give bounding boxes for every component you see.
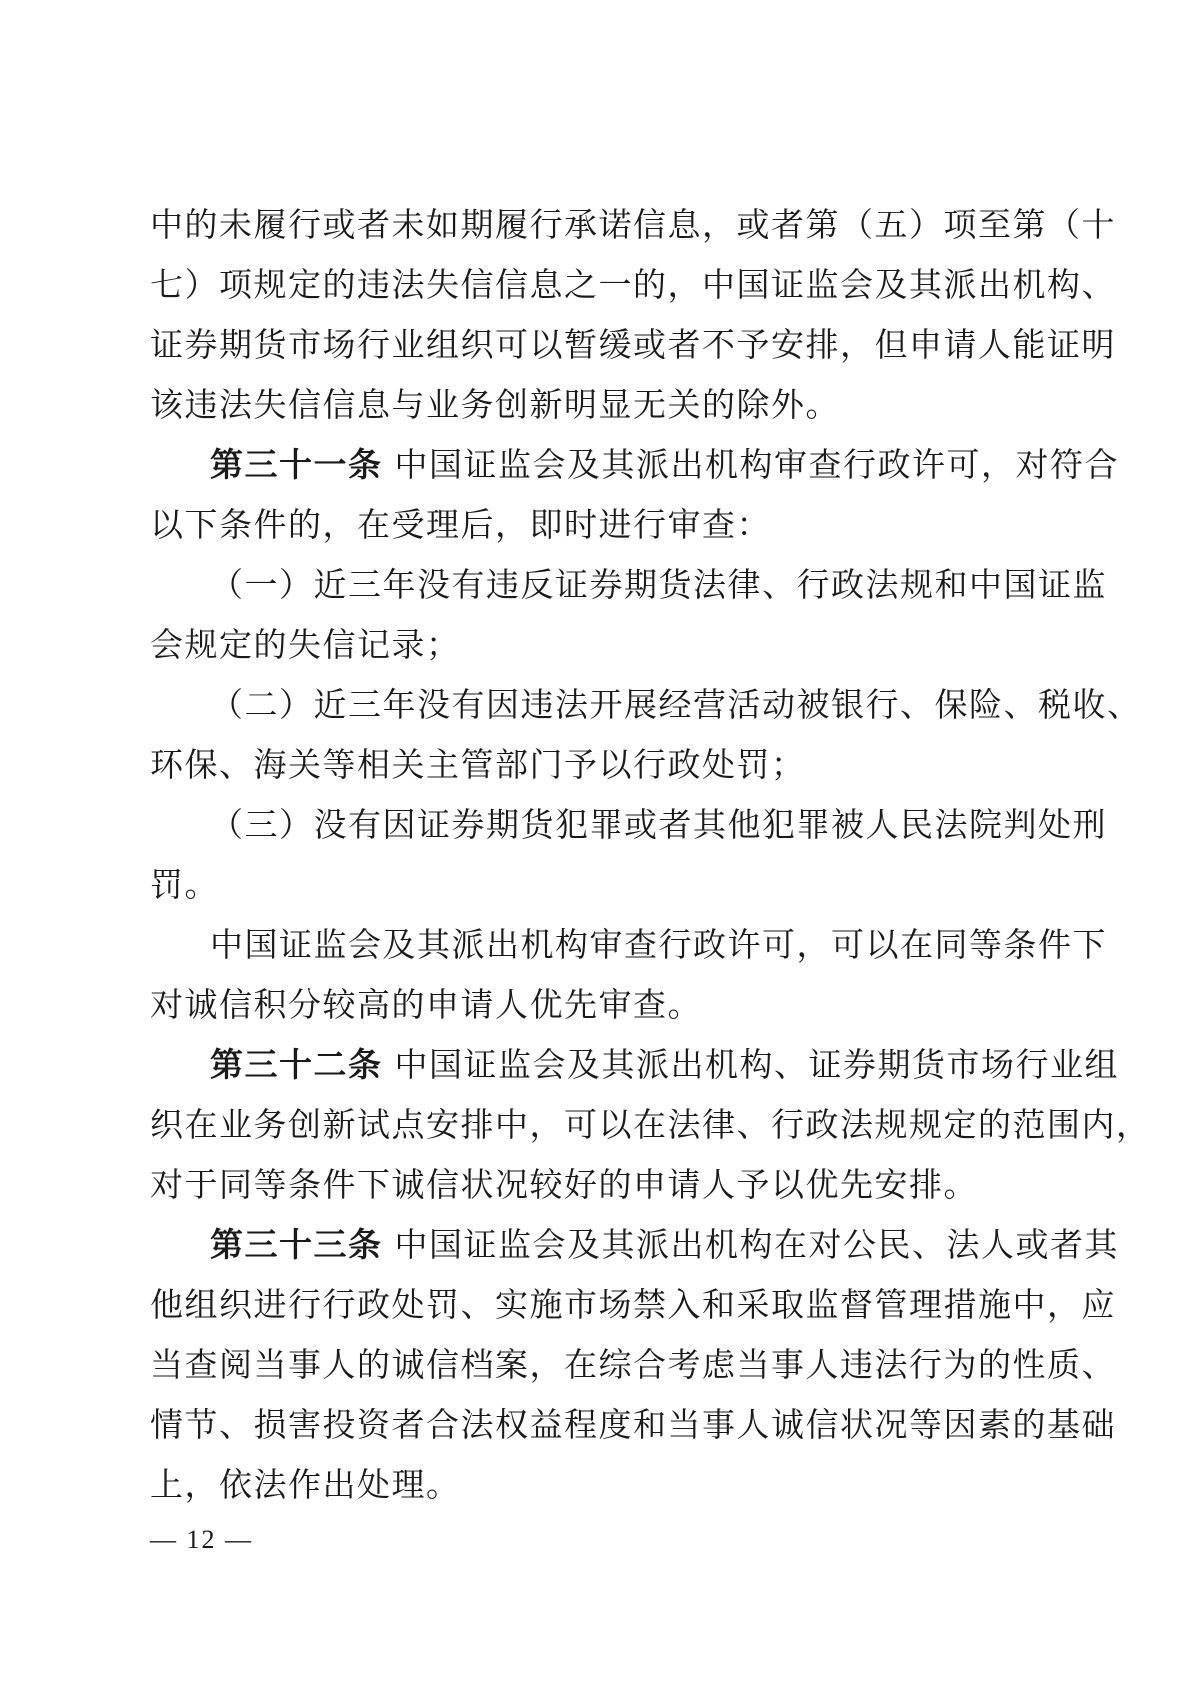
item-3: （三）没有因证券期货犯罪或者其他犯罪被人民法院判处刑	[210, 805, 1107, 845]
article-31-heading: 第三十一条	[210, 445, 383, 484]
article-33-heading: 第三十三条	[210, 1225, 383, 1264]
body-line: 中的未履行或者未如期履行承诺信息，或者第（五）项至第（十	[150, 205, 1116, 245]
article-32-heading: 第三十二条	[210, 1045, 383, 1084]
article-33-text: 中国证监会及其派出机构在对公民、法人或者其	[395, 1225, 1120, 1264]
article-32-line: 第三十二条 中国证监会及其派出机构、证券期货市场行业组	[210, 1045, 1119, 1085]
document-page: 中的未履行或者未如期履行承诺信息，或者第（五）项至第（十 七）项规定的违法失信信…	[0, 0, 1200, 1697]
body-line: 环保、海关等相关主管部门予以行政处罚；	[150, 745, 806, 785]
body-line: 织在业务创新试点安排中，可以在法律、行政法规规定的范围内，	[150, 1105, 1151, 1145]
article-31-line: 第三十一条 中国证监会及其派出机构审查行政许可，对符合	[210, 445, 1119, 485]
body-line: 对诚信积分较高的申请人优先审查。	[150, 985, 702, 1025]
body-line: 上，依法作出处理。	[150, 1465, 461, 1505]
article-33-line: 第三十三条 中国证监会及其派出机构在对公民、法人或者其	[210, 1225, 1119, 1265]
item-1: （一）近三年没有违反证券期货法律、行政法规和中国证监	[210, 565, 1107, 605]
body-line: 情节、损害投资者合法权益程度和当事人诚信状况等因素的基础	[150, 1405, 1116, 1445]
body-line: 以下条件的，在受理后，即时进行审查：	[150, 505, 771, 545]
body-line: 七）项规定的违法失信信息之一的，中国证监会及其派出机构、	[150, 265, 1116, 305]
page-number: — 12 —	[150, 1525, 253, 1555]
body-line: 该违法失信信息与业务创新明显无关的除外。	[150, 385, 840, 425]
body-line: 会规定的失信记录；	[150, 625, 461, 665]
body-line: 证券期货市场行业组织可以暂缓或者不予安排，但申请人能证明	[150, 325, 1116, 365]
paragraph: 中国证监会及其派出机构审查行政许可，可以在同等条件下	[210, 925, 1107, 965]
body-line: 当查阅当事人的诚信档案，在综合考虑当事人违法行为的性质、	[150, 1345, 1116, 1385]
item-2: （二）近三年没有因违法开展经营活动被银行、保险、税收、	[210, 685, 1142, 725]
article-32-text: 中国证监会及其派出机构、证券期货市场行业组	[395, 1045, 1120, 1084]
article-31-text: 中国证监会及其派出机构审查行政许可，对符合	[395, 445, 1120, 484]
body-line: 他组织进行行政处罚、实施市场禁入和采取监督管理措施中，应	[150, 1285, 1116, 1325]
body-line: 罚。	[150, 865, 219, 905]
body-line: 对于同等条件下诚信状况较好的申请人予以优先安排。	[150, 1165, 978, 1205]
